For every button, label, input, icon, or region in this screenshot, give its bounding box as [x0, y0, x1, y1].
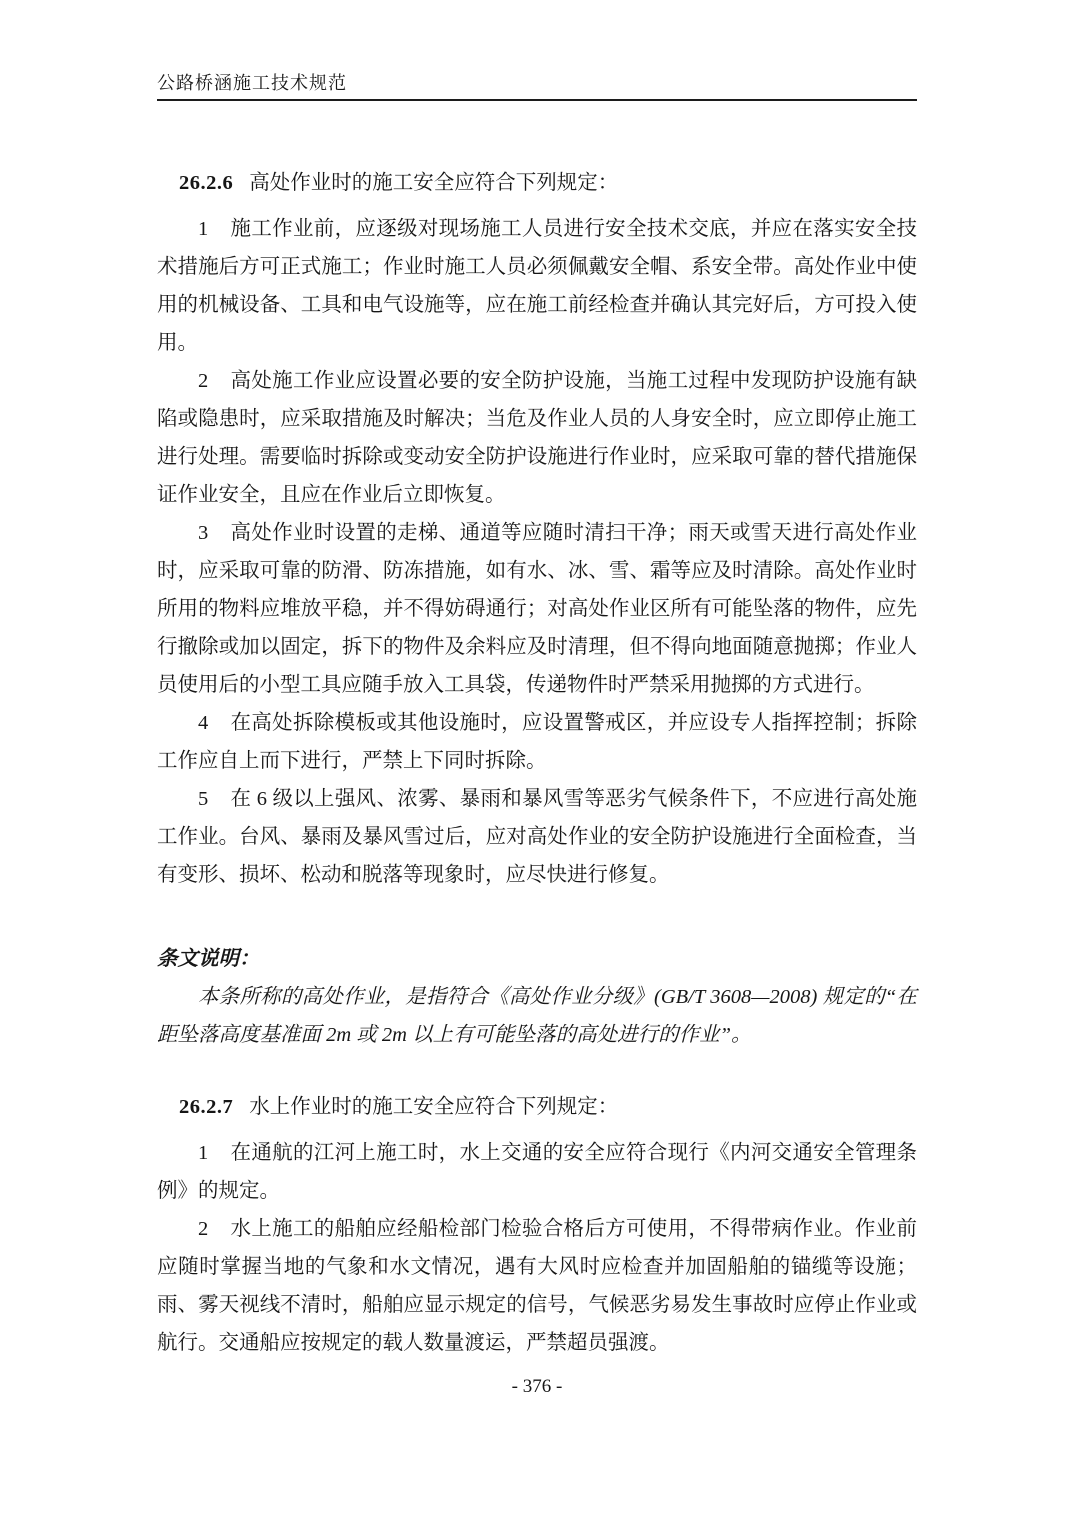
document-page: 公路桥涵施工技术规范 26.2.6高处作业时的施工安全应符合下列规定： 1施工作… — [0, 0, 1074, 1520]
page-number: - 376 - — [512, 1376, 563, 1397]
running-header: 公路桥涵施工技术规范 — [157, 0, 917, 101]
paragraph-text: 在通航的江河上施工时，水上交通的安全应符合现行《内河交通安全管理条例》的规定。 — [157, 1142, 917, 1202]
clause-26-2-6-paragraph-5: 5在 6 级以上强风、浓雾、暴雨和暴风雪等恶劣气候条件下，不应进行高处施工作业。… — [157, 780, 917, 894]
running-header-title: 公路桥涵施工技术规范 — [157, 70, 917, 101]
content-column: 公路桥涵施工技术规范 26.2.6高处作业时的施工安全应符合下列规定： 1施工作… — [157, 0, 917, 1400]
clause-26-2-6-heading: 26.2.6高处作业时的施工安全应符合下列规定： — [157, 164, 917, 202]
commentary-text: 本条所称的高处作业，是指符合《高处作业分级》(GB/T 3608—2008) 规… — [157, 978, 917, 1054]
clause-26-2-7-heading: 26.2.7水上作业时的施工安全应符合下列规定： — [157, 1088, 917, 1126]
paragraph-text: 在高处拆除模板或其他设施时，应设置警戒区，并应设专人指挥控制；拆除工作应自上而下… — [157, 712, 917, 772]
page-footer: - 376 - — [157, 1374, 917, 1400]
paragraph-text: 在 6 级以上强风、浓雾、暴雨和暴风雪等恶劣气候条件下，不应进行高处施工作业。台… — [157, 788, 917, 886]
commentary-label: 条文说明： — [157, 940, 917, 978]
clause-26-2-6-paragraph-3: 3高处作业时设置的走梯、通道等应随时清扫干净；雨天或雪天进行高处作业时，应采取可… — [157, 514, 917, 704]
commentary-section: 条文说明： 本条所称的高处作业，是指符合《高处作业分级》(GB/T 3608—2… — [157, 940, 917, 1054]
clause-number: 26.2.7 — [179, 1096, 233, 1118]
clause-26-2-7-paragraph-2: 2水上施工的船舶应经船检部门检验合格后方可使用，不得带病作业。作业前应随时掌握当… — [157, 1210, 917, 1362]
paragraph-text: 施工作业前，应逐级对现场施工人员进行安全技术交底，并应在落实安全技术措施后方可正… — [157, 218, 917, 354]
paragraph-number: 1 — [198, 218, 208, 240]
clause-26-2-6-paragraph-1: 1施工作业前，应逐级对现场施工人员进行安全技术交底，并应在落实安全技术措施后方可… — [157, 210, 917, 362]
paragraph-number: 2 — [198, 1218, 208, 1240]
paragraph-number: 3 — [198, 522, 208, 544]
clause-26-2-7-paragraph-1: 1在通航的江河上施工时，水上交通的安全应符合现行《内河交通安全管理条例》的规定。 — [157, 1134, 917, 1210]
paragraph-text: 高处作业时设置的走梯、通道等应随时清扫干净；雨天或雪天进行高处作业时，应采取可靠… — [157, 522, 917, 696]
clause-26-2-6-paragraph-4: 4在高处拆除模板或其他设施时，应设置警戒区，并应设专人指挥控制；拆除工作应自上而… — [157, 704, 917, 780]
clause-title-text: 水上作业时的施工安全应符合下列规定： — [249, 1096, 618, 1118]
clause-title-text: 高处作业时的施工安全应符合下列规定： — [249, 172, 618, 194]
clause-number: 26.2.6 — [179, 172, 233, 194]
paragraph-text: 高处施工作业应设置必要的安全防护设施，当施工过程中发现防护设施有缺陷或隐患时，应… — [157, 370, 917, 506]
paragraph-number: 5 — [198, 788, 208, 810]
paragraph-number: 2 — [198, 370, 208, 392]
paragraph-number: 4 — [198, 712, 208, 734]
page-body: 26.2.6高处作业时的施工安全应符合下列规定： 1施工作业前，应逐级对现场施工… — [157, 164, 917, 1362]
paragraph-text: 水上施工的船舶应经船检部门检验合格后方可使用，不得带病作业。作业前应随时掌握当地… — [157, 1218, 917, 1354]
paragraph-number: 1 — [198, 1142, 208, 1164]
clause-26-2-6-paragraph-2: 2高处施工作业应设置必要的安全防护设施，当施工过程中发现防护设施有缺陷或隐患时，… — [157, 362, 917, 514]
